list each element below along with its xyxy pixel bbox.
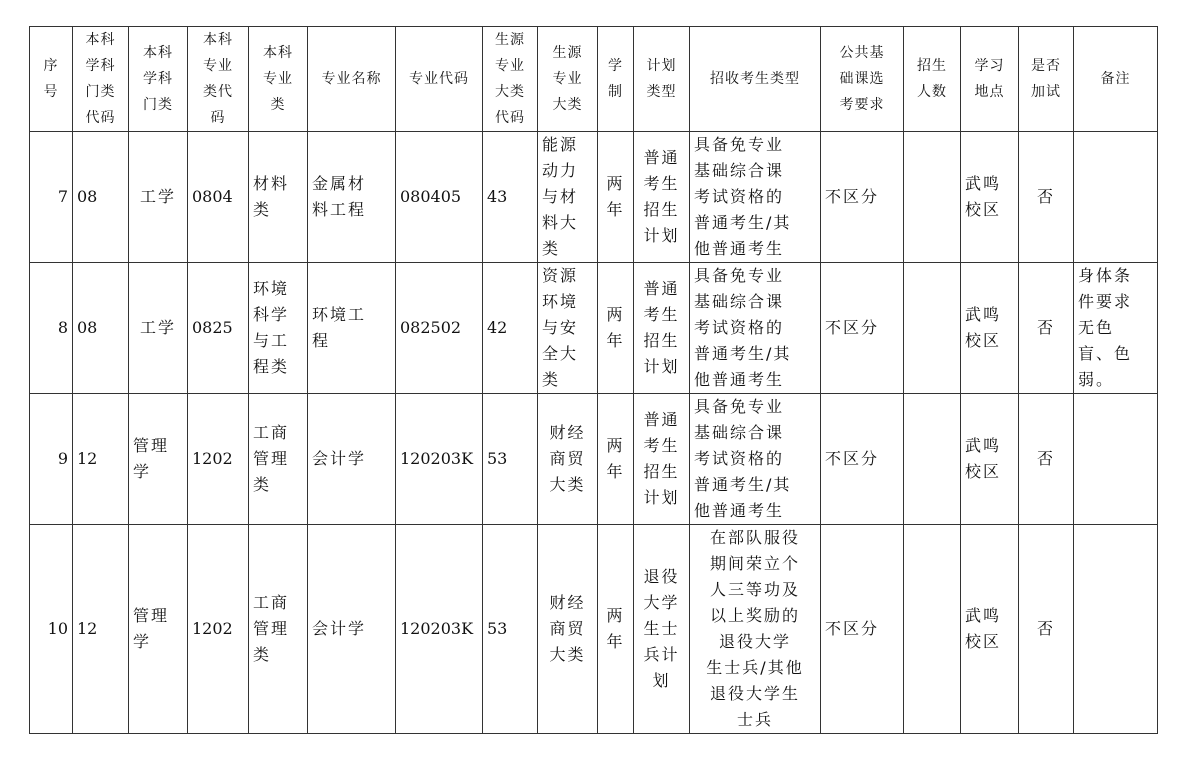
cell-source-major-category: 财经 商贸 大类 (538, 394, 598, 525)
cell-ug-major-class: 材料 类 (249, 132, 308, 263)
cell-location: 武鸣 校区 (961, 525, 1019, 734)
cell-candidate-type: 在部队服役 期间荣立个 人三等功及 以上奖励的 退役大学 生士兵/其他 退役大学… (690, 525, 821, 734)
header-ug-discipline-code: 本科 学科 门类 代码 (73, 27, 129, 132)
cell-ug-discipline: 管理 学 (129, 525, 188, 734)
cell-seq: 9 (30, 394, 73, 525)
cell-major-name: 会计学 (308, 525, 396, 734)
cell-enrollment (904, 132, 961, 263)
header-public-course-requirement: 公共基 础课选 考要求 (821, 27, 904, 132)
cell-source-major-category-code: 53 (483, 394, 538, 525)
header-ug-major-class: 本科 专业 类 (249, 27, 308, 132)
cell-extra-exam: 否 (1019, 263, 1074, 394)
header-plan-type: 计划 类型 (634, 27, 690, 132)
cell-ug-major-class-code: 1202 (188, 394, 249, 525)
header-ug-discipline: 本科 学科 门类 (129, 27, 188, 132)
header-enrollment: 招生 人数 (904, 27, 961, 132)
cell-location: 武鸣 校区 (961, 394, 1019, 525)
admissions-table: 序 号 本科 学科 门类 代码 本科 学科 门类 本科 专业 类代 码 本科 专… (29, 26, 1158, 734)
cell-candidate-type: 具备免专业 基础综合课 考试资格的 普通考生/其 他普通考生 (690, 132, 821, 263)
header-remarks: 备注 (1074, 27, 1158, 132)
cell-remarks (1074, 394, 1158, 525)
cell-public-course-requirement: 不区分 (821, 394, 904, 525)
cell-major-code: 080405 (396, 132, 483, 263)
header-location: 学习 地点 (961, 27, 1019, 132)
table-row: 8 08 工学 0825 环境 科学 与工 程类 环境工 程 082502 42… (30, 263, 1158, 394)
header-candidate-type: 招收考生类型 (690, 27, 821, 132)
cell-major-name: 金属材 料工程 (308, 132, 396, 263)
cell-source-major-category-code: 43 (483, 132, 538, 263)
cell-public-course-requirement: 不区分 (821, 263, 904, 394)
cell-enrollment (904, 394, 961, 525)
cell-source-major-category: 资源 环境 与安 全大 类 (538, 263, 598, 394)
cell-enrollment (904, 525, 961, 734)
cell-seq: 10 (30, 525, 73, 734)
cell-extra-exam: 否 (1019, 525, 1074, 734)
cell-extra-exam: 否 (1019, 394, 1074, 525)
cell-ug-major-class-code: 1202 (188, 525, 249, 734)
cell-duration: 两 年 (598, 263, 634, 394)
cell-ug-major-class: 工商 管理 类 (249, 525, 308, 734)
header-source-major-category: 生源 专业 大类 (538, 27, 598, 132)
table-row: 7 08 工学 0804 材料 类 金属材 料工程 080405 43 能源 动… (30, 132, 1158, 263)
cell-location: 武鸣 校区 (961, 132, 1019, 263)
header-source-major-category-code: 生源 专业 大类 代码 (483, 27, 538, 132)
cell-source-major-category-code: 42 (483, 263, 538, 394)
cell-major-code: 120203K (396, 525, 483, 734)
header-extra-exam: 是否 加试 (1019, 27, 1074, 132)
cell-seq: 8 (30, 263, 73, 394)
cell-ug-discipline-code: 08 (73, 263, 129, 394)
cell-major-name: 会计学 (308, 394, 396, 525)
header-row: 序 号 本科 学科 门类 代码 本科 学科 门类 本科 专业 类代 码 本科 专… (30, 27, 1158, 132)
cell-ug-major-class: 工商 管理 类 (249, 394, 308, 525)
header-major-name: 专业名称 (308, 27, 396, 132)
cell-source-major-category: 能源 动力 与材 料大 类 (538, 132, 598, 263)
header-major-code: 专业代码 (396, 27, 483, 132)
cell-candidate-type: 具备免专业 基础综合课 考试资格的 普通考生/其 他普通考生 (690, 394, 821, 525)
cell-ug-major-class: 环境 科学 与工 程类 (249, 263, 308, 394)
cell-public-course-requirement: 不区分 (821, 132, 904, 263)
cell-major-code: 082502 (396, 263, 483, 394)
table-row: 10 12 管理 学 1202 工商 管理 类 会计学 120203K 53 财… (30, 525, 1158, 734)
cell-enrollment (904, 263, 961, 394)
header-ug-major-class-code: 本科 专业 类代 码 (188, 27, 249, 132)
cell-source-major-category-code: 53 (483, 525, 538, 734)
cell-ug-major-class-code: 0825 (188, 263, 249, 394)
cell-seq: 7 (30, 132, 73, 263)
cell-remarks (1074, 525, 1158, 734)
cell-ug-discipline: 工学 (129, 263, 188, 394)
cell-plan-type: 普通 考生 招生 计划 (634, 263, 690, 394)
header-duration: 学 制 (598, 27, 634, 132)
cell-plan-type: 退役 大学 生士 兵计 划 (634, 525, 690, 734)
cell-duration: 两 年 (598, 132, 634, 263)
table-row: 9 12 管理 学 1202 工商 管理 类 会计学 120203K 53 财经… (30, 394, 1158, 525)
cell-remarks (1074, 132, 1158, 263)
cell-candidate-type: 具备免专业 基础综合课 考试资格的 普通考生/其 他普通考生 (690, 263, 821, 394)
cell-ug-discipline-code: 08 (73, 132, 129, 263)
cell-duration: 两 年 (598, 394, 634, 525)
cell-location: 武鸣 校区 (961, 263, 1019, 394)
cell-plan-type: 普通 考生 招生 计划 (634, 132, 690, 263)
cell-ug-discipline-code: 12 (73, 394, 129, 525)
cell-ug-discipline-code: 12 (73, 525, 129, 734)
cell-ug-discipline: 工学 (129, 132, 188, 263)
cell-major-name: 环境工 程 (308, 263, 396, 394)
cell-remarks: 身体条 件要求 无色 盲、色 弱。 (1074, 263, 1158, 394)
cell-source-major-category: 财经 商贸 大类 (538, 525, 598, 734)
cell-extra-exam: 否 (1019, 132, 1074, 263)
cell-ug-discipline: 管理 学 (129, 394, 188, 525)
cell-duration: 两 年 (598, 525, 634, 734)
header-seq: 序 号 (30, 27, 73, 132)
cell-public-course-requirement: 不区分 (821, 525, 904, 734)
cell-plan-type: 普通 考生 招生 计划 (634, 394, 690, 525)
cell-major-code: 120203K (396, 394, 483, 525)
cell-ug-major-class-code: 0804 (188, 132, 249, 263)
